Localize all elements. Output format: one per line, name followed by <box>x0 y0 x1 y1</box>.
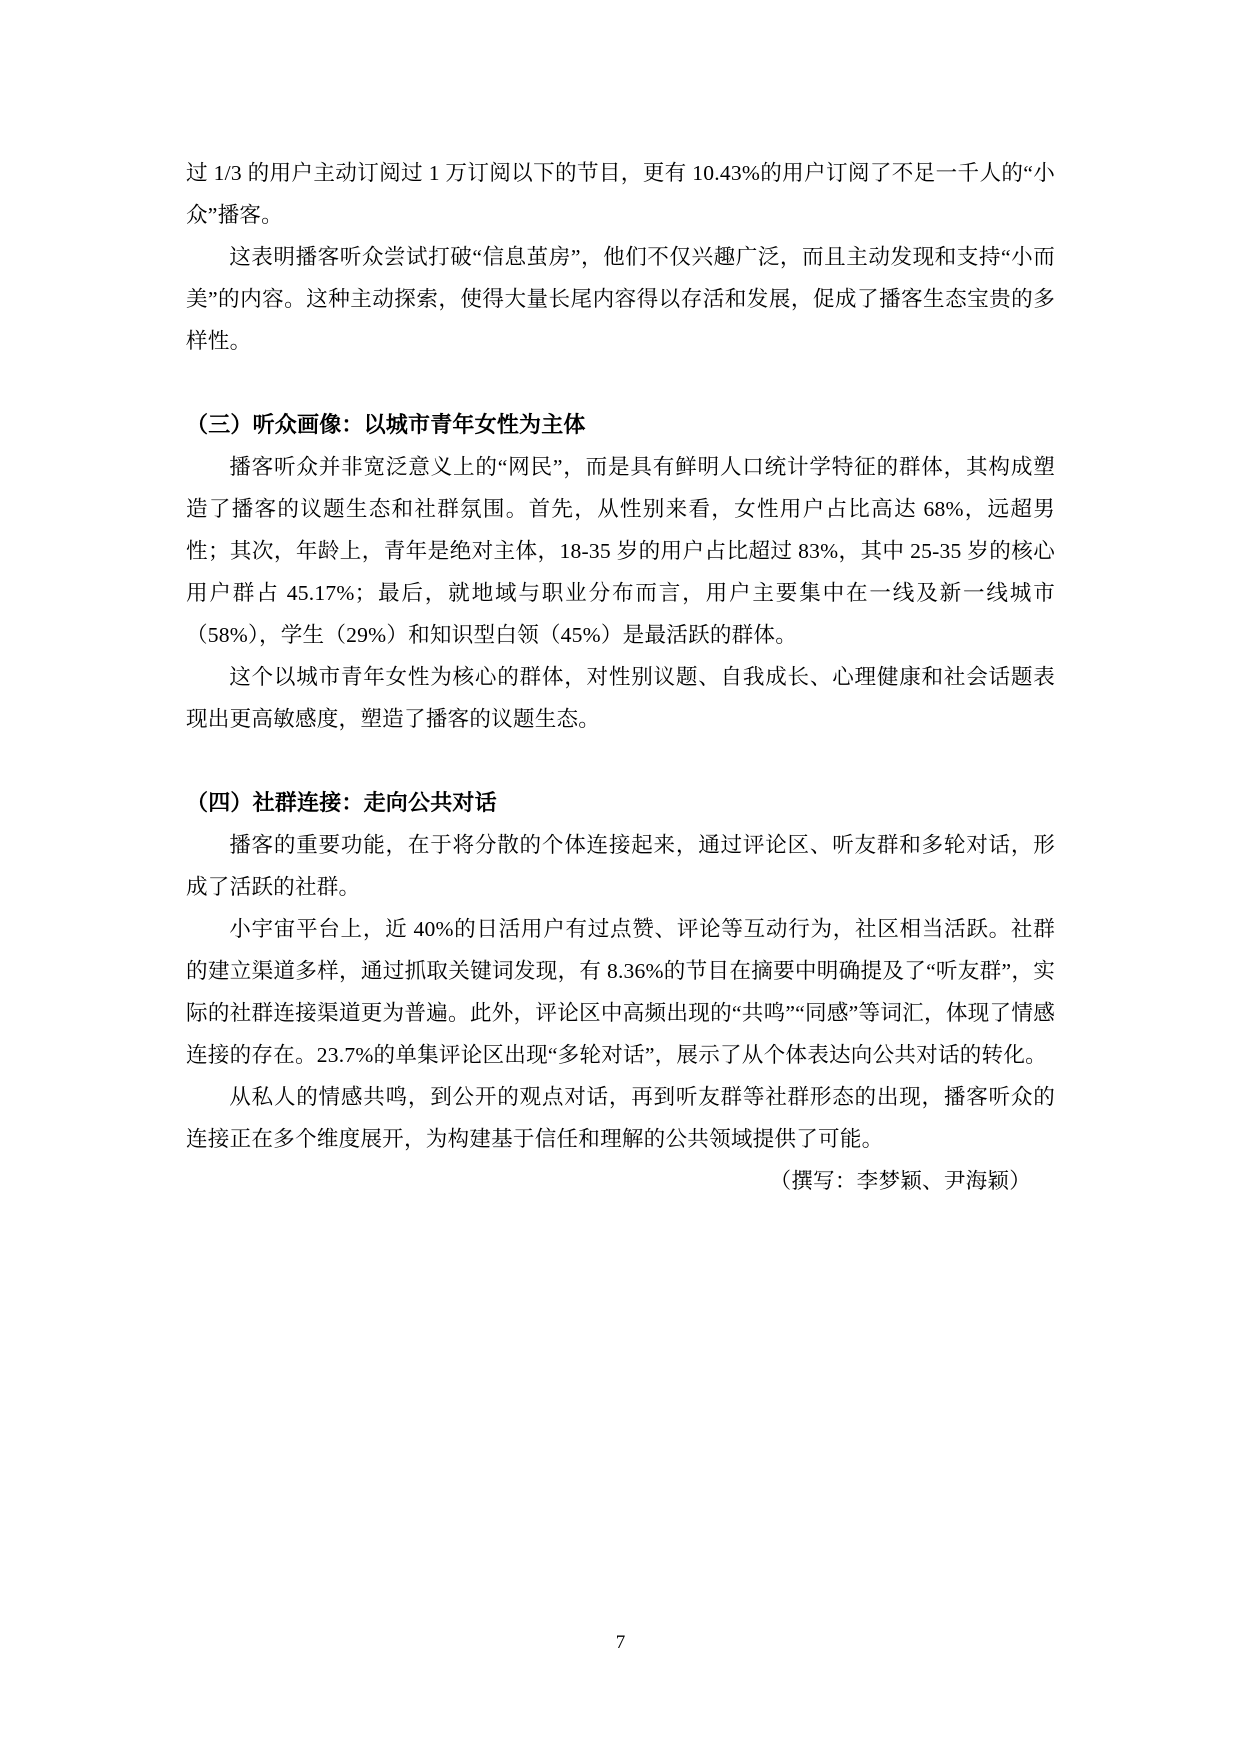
author-signature: （撰写：李梦颖、尹海颖） <box>186 1160 1055 1202</box>
section-4-heading: （四）社群连接：走向公共对话 <box>186 782 1055 824</box>
paragraph-breaking-cocoon: 这表明播客听众尝试打破“信息茧房”，他们不仅兴趣广泛，而且主动发现和支持“小而美… <box>186 236 1055 362</box>
document-page: 过 1/3 的用户主动订阅过 1 万订阅以下的节目，更有 10.43%的用户订阅… <box>0 0 1241 1754</box>
section-4-paragraph-1: 播客的重要功能，在于将分散的个体连接起来，通过评论区、听友群和多轮对话，形成了活… <box>186 824 1055 908</box>
page-body: 过 1/3 的用户主动订阅过 1 万订阅以下的节目，更有 10.43%的用户订阅… <box>186 152 1055 1202</box>
section-3-paragraph-2: 这个以城市青年女性为核心的群体，对性别议题、自我成长、心理健康和社会话题表现出更… <box>186 656 1055 740</box>
section-3-heading: （三）听众画像：以城市青年女性为主体 <box>186 404 1055 446</box>
paragraph-continuation: 过 1/3 的用户主动订阅过 1 万订阅以下的节目，更有 10.43%的用户订阅… <box>186 152 1055 236</box>
section-4-paragraph-2: 小宇宙平台上，近 40%的日活用户有过点赞、评论等互动行为，社区相当活跃。社群的… <box>186 908 1055 1076</box>
section-4-paragraph-3: 从私人的情感共鸣，到公开的观点对话，再到听友群等社群形态的出现，播客听众的连接正… <box>186 1076 1055 1160</box>
section-3-paragraph-1: 播客听众并非宽泛意义上的“网民”，而是具有鲜明人口统计学特征的群体，其构成塑造了… <box>186 446 1055 656</box>
page-number: 7 <box>616 1632 626 1653</box>
page-footer: 7 <box>0 1632 1241 1654</box>
